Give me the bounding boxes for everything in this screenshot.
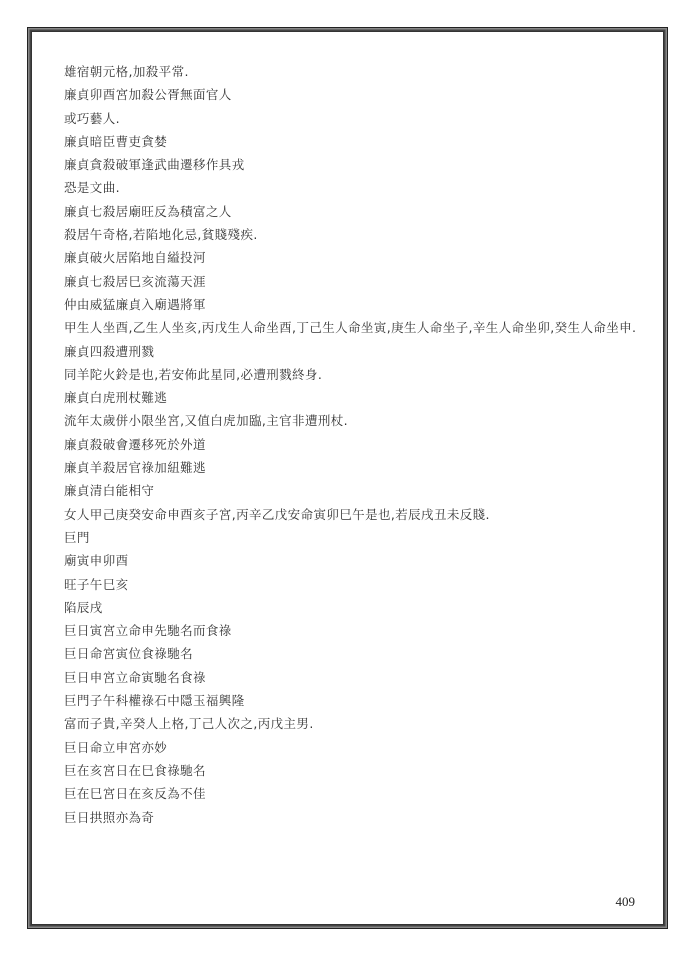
paragraph: 廉貞破火居陷地自縊投河 bbox=[64, 249, 660, 266]
paragraph: 巨日命立申宮亦妙 bbox=[64, 739, 660, 756]
section-heading: 巨門 bbox=[64, 529, 660, 546]
page-number: 409 bbox=[616, 894, 636, 910]
paragraph: 廉貞白虎刑杖難逃 bbox=[64, 389, 660, 406]
paragraph: 巨日命宮寅位食祿馳名 bbox=[64, 645, 660, 662]
paragraph: 廉貞貪殺破軍逢武曲遷移作具戎 bbox=[64, 156, 660, 173]
paragraph: 廉貞七殺居巳亥流蕩天涯 bbox=[64, 273, 660, 290]
paragraph: 廉貞四殺遭刑戮 bbox=[64, 343, 660, 360]
page-frame: 雄宿朝元格,加殺平常. 廉貞卯酉宮加殺公胥無面官人 或巧藝人. 廉貞暗臣曹吏貪婪… bbox=[27, 27, 668, 929]
paragraph: 殺居午奇格,若陷地化忌,貧賤殘疾. bbox=[64, 226, 660, 243]
page-content: 雄宿朝元格,加殺平常. 廉貞卯酉宮加殺公胥無面官人 或巧藝人. 廉貞暗臣曹吏貪婪… bbox=[64, 63, 660, 832]
paragraph: 巨門子午科權祿石中隱玉福興隆 bbox=[64, 692, 660, 709]
paragraph: 陷辰戌 bbox=[64, 599, 660, 616]
paragraph: 或巧藝人. bbox=[64, 110, 660, 127]
paragraph: 旺子午巳亥 bbox=[64, 576, 660, 593]
paragraph: 甲生人坐酉,乙生人坐亥,丙戊生人命坐酉,丁己生人命坐寅,庚生人命坐子,辛生人命坐… bbox=[64, 319, 660, 336]
paragraph: 廉貞清白能相守 bbox=[64, 482, 660, 499]
paragraph: 廉貞殺破會遷移死於外道 bbox=[64, 436, 660, 453]
paragraph: 巨在巳宮日在亥反為不佳 bbox=[64, 785, 660, 802]
paragraph: 仲由威猛廉貞入廟遇將軍 bbox=[64, 296, 660, 313]
paragraph: 巨在亥宮日在巳食祿馳名 bbox=[64, 762, 660, 779]
paragraph: 富而子貴,辛癸人上格,丁己人次之,丙戊主男. bbox=[64, 715, 660, 732]
paragraph: 廉貞卯酉宮加殺公胥無面官人 bbox=[64, 86, 660, 103]
paragraph: 同羊陀火鈴是也,若安佈此星同,必遭刑戮終身. bbox=[64, 366, 660, 383]
paragraph: 廉貞羊殺居官祿加紐難逃 bbox=[64, 459, 660, 476]
paragraph: 廉貞七殺居廟旺反為積富之人 bbox=[64, 203, 660, 220]
paragraph: 巨日寅宮立命申先馳名而食祿 bbox=[64, 622, 660, 639]
paragraph: 恐是文曲. bbox=[64, 179, 660, 196]
paragraph: 雄宿朝元格,加殺平常. bbox=[64, 63, 660, 80]
paragraph: 廉貞暗臣曹吏貪婪 bbox=[64, 133, 660, 150]
paragraph: 女人甲己庚癸安命申酉亥子宮,丙辛乙戊安命寅卯巳午是也,若辰戌丑未反賤. bbox=[64, 506, 660, 523]
paragraph: 流年太歲併小限坐宮,又值白虎加臨,主官非遭刑杖. bbox=[64, 412, 660, 429]
paragraph: 巨日拱照亦為奇 bbox=[64, 809, 660, 826]
paragraph: 廟寅申卯酉 bbox=[64, 552, 660, 569]
paragraph: 巨日申宮立命寅馳名食祿 bbox=[64, 669, 660, 686]
